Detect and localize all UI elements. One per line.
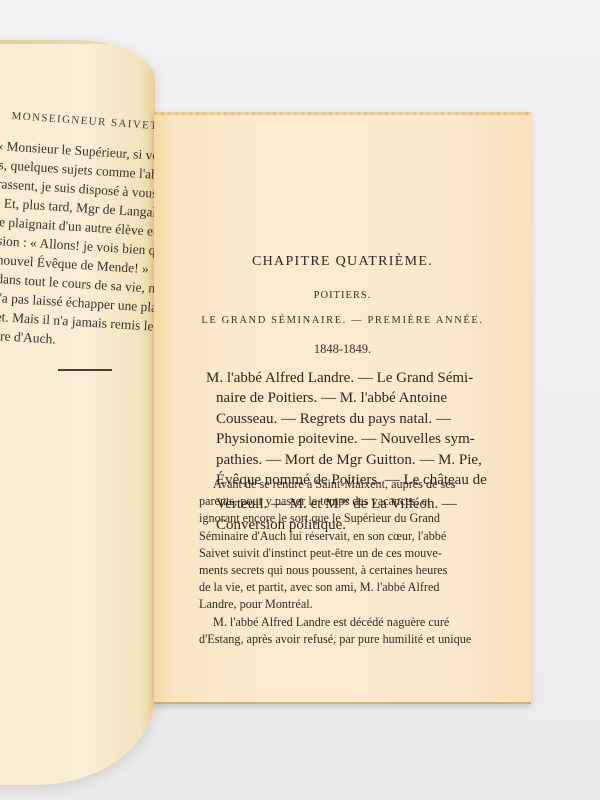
body-line: parents, pour y passer le temps des vaca… (199, 493, 489, 510)
body-line: ignorant encore le sort que le Supérieur… (199, 510, 489, 527)
section-place: POITIERS. (154, 290, 531, 301)
section-rule (58, 369, 112, 371)
summary-line: Physionomie poitevine. — Nouvelles sym- (206, 429, 476, 449)
summary-line: pathies. — Mort de Mgr Guitton. — M. Pie… (206, 450, 476, 470)
summary-line: M. l'abbé Alfred Landre. — Le Grand Sémi… (206, 368, 476, 388)
summary-line: Cousseau. — Regrets du pays natal. — (206, 409, 476, 429)
book-photo: MONSEIGNEUR SAIVET. e : « Monsieur le Su… (0, 0, 600, 800)
running-head: MONSEIGNEUR SAIVET. (11, 110, 155, 132)
body-line: Avant de se rendre à Saint-Maixent, aupr… (199, 476, 489, 493)
chapter-title: CHAPITRE QUATRIÈME. (154, 254, 531, 270)
body-line: M. l'abbé Alfred Landre est décédé naguè… (199, 614, 489, 631)
left-page: MONSEIGNEUR SAIVET. e : « Monsieur le Su… (0, 40, 155, 785)
body-line: Landre, pour Montréal. (199, 596, 489, 613)
section-years: 1848-1849. (154, 342, 531, 357)
body-line: ments secrets qui nous poussent, à certa… (199, 562, 489, 579)
body-line: Séminaire d'Auch lui réservait, en son c… (199, 528, 489, 545)
section-subtitle: LE GRAND SÉMINAIRE. — PREMIÈRE ANNÉE. (154, 315, 531, 326)
body-line: de la vie, et partit, avec son ami, M. l… (199, 579, 489, 596)
summary-line: naire de Poitiers. — M. l'abbé Antoine (206, 388, 476, 408)
body-line: Saivet suivit d'instinct peut-être un de… (199, 545, 489, 562)
body-text: Avant de se rendre à Saint-Maixent, aupr… (199, 476, 489, 648)
body-line: d'Estang, après avoir refusé, par pure h… (199, 631, 489, 648)
left-page-text: e : « Monsieur le Supérieur, si vous vo … (0, 135, 155, 344)
right-page: CHAPITRE QUATRIÈME. POITIERS. LE GRAND S… (154, 112, 531, 704)
